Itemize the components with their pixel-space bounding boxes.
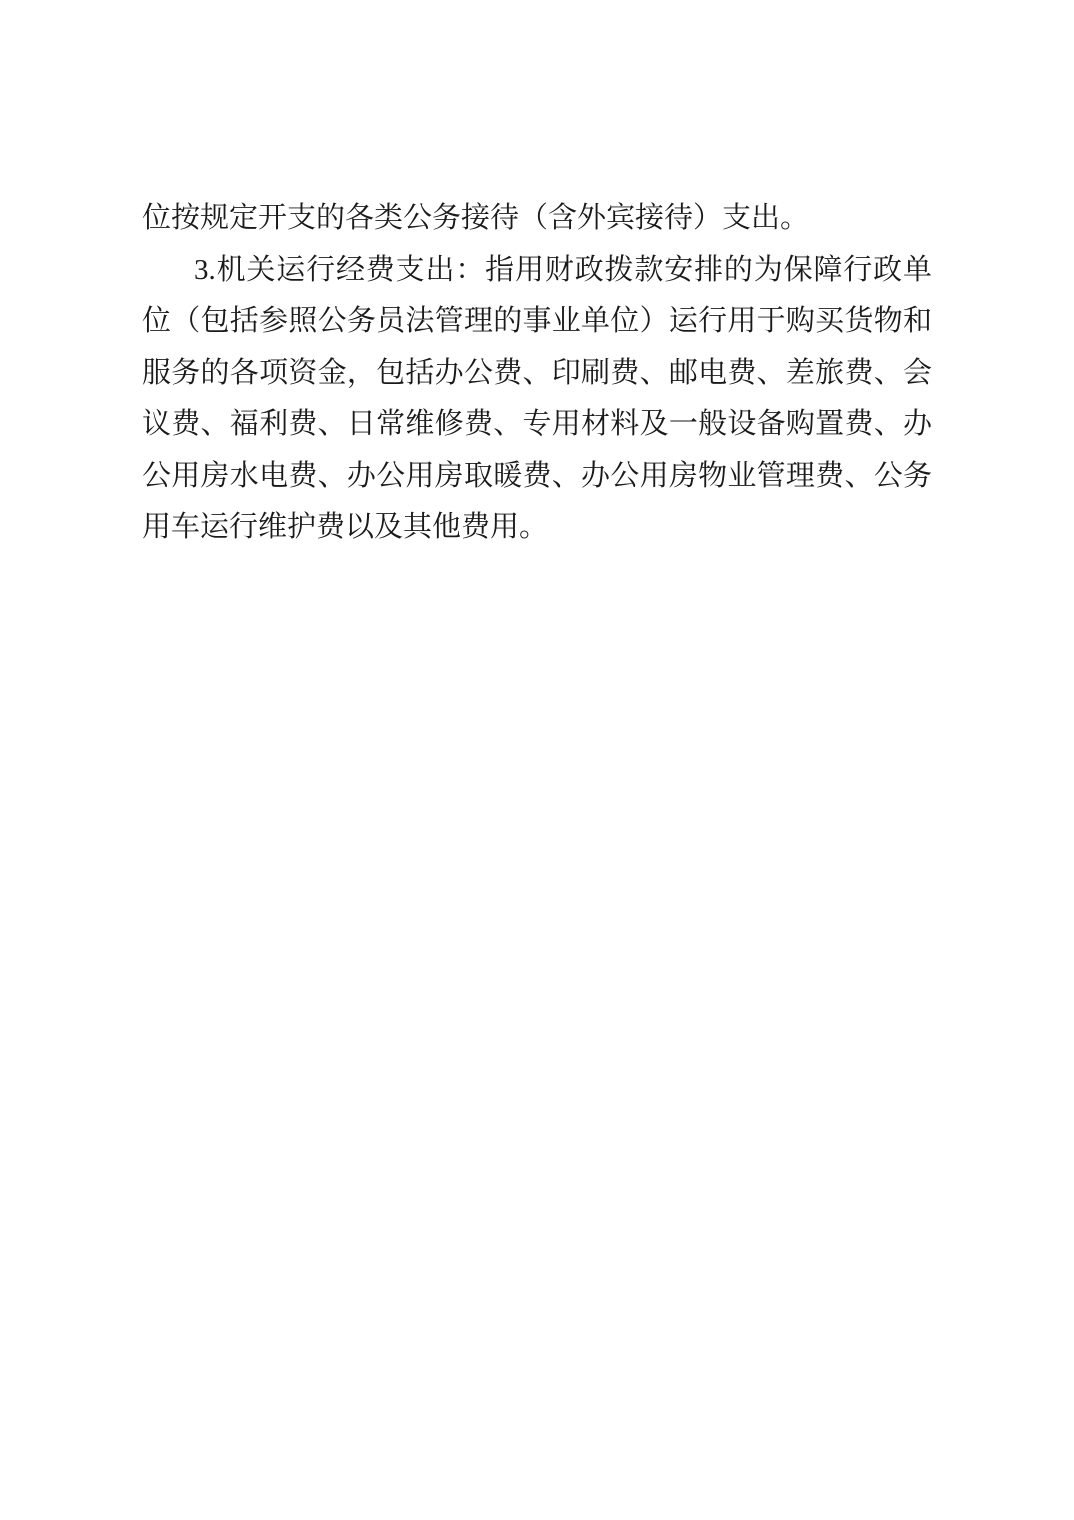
document-page: 位按规定开支的各类公务接待（含外宾接待）支出。 3.机关运行经费支出：指用财政拨… [0,0,1074,1520]
paragraph-2-last-line: 用车运行维护费以及其他费用。 [142,502,932,554]
paragraph-2-line-3: 服务的各项资金，包括办公费、印刷费、邮电费、差旅费、会 [142,348,932,400]
paragraph-continuation-line: 位按规定开支的各类公务接待（含外宾接待）支出。 [142,193,932,245]
document-text-block: 位按规定开支的各类公务接待（含外宾接待）支出。 3.机关运行经费支出：指用财政拨… [142,193,932,554]
paragraph-2-line-4: 议费、福利费、日常维修费、专用材料及一般设备购置费、办 [142,399,932,451]
paragraph-2-line-2: 位（包括参照公务员法管理的事业单位）运行用于购买货物和 [142,296,932,348]
paragraph-2-line-1: 3.机关运行经费支出：指用财政拨款安排的为保障行政单 [142,245,932,297]
paragraph-2-line-5: 公用房水电费、办公用房取暖费、办公用房物业管理费、公务 [142,451,932,503]
